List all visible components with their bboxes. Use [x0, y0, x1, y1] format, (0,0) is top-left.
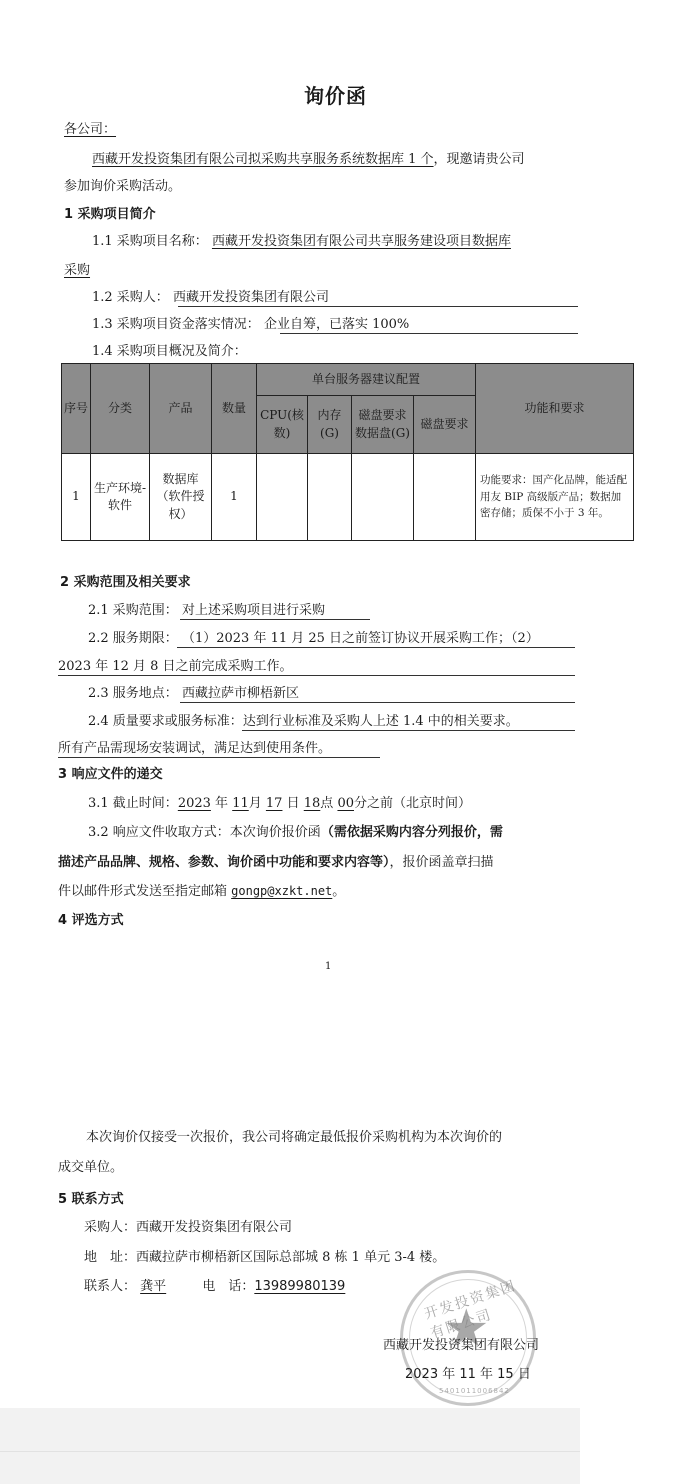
document-title: 询价函 [304, 86, 367, 106]
deadline-hour: 18 [304, 796, 321, 811]
deadline-minute: 00 [337, 796, 354, 811]
intro-rest: ，现邀请贵公司 [434, 152, 525, 167]
buyer-value: 西藏开发投资集团有限公司 [136, 1220, 292, 1235]
deadline-year-unit: 年 [215, 796, 228, 811]
seal-code: 5401011006842 [439, 1387, 510, 1395]
item-2-1-label: 2.1 采购范围： [88, 603, 178, 618]
item-2-3-value: 西藏拉萨市柳梧新区 [182, 686, 299, 701]
header-disk-requirement: 磁盘要求 [414, 396, 476, 454]
cell-category: 生产环境-软件 [91, 454, 150, 541]
section-3-heading: 3 响应文件的递交 [58, 768, 163, 781]
item-2-4: 2.4 质量要求或服务标准：达到行业标准及采购人上述 1.4 中的相关要求。 [88, 715, 519, 728]
evaluation-line-2: 成交单位。 [58, 1161, 123, 1174]
cell-function: 功能要求：国产化品牌，能适配用友 BIP 高级版产品；数据加密存储；质保不小于 … [476, 454, 634, 541]
section-4-heading: 4 评选方式 [58, 914, 124, 927]
header-function: 功能和要求 [476, 364, 634, 454]
underline-2-4 [242, 730, 575, 731]
underline-2-2 [177, 647, 575, 648]
deadline-day-unit: 日 [287, 796, 300, 811]
underline-2-4-line-2 [58, 757, 380, 758]
cell-cpu [257, 454, 308, 541]
item-1-2: 1.2 采购人： 西藏开发投资集团有限公司 [92, 291, 329, 304]
header-server-config: 单台服务器建议配置 [257, 364, 476, 396]
item-3-1: 3.1 截止时间：2023 年 11月 17 日 18点 00分之前（北京时间） [88, 797, 471, 810]
underline-1-3 [280, 333, 578, 334]
item-1-4-label: 1.4 采购项目概况及简介： [92, 345, 247, 358]
item-2-3-label: 2.3 服务地点： [88, 686, 178, 701]
cell-product: 数据库（软件授权） [150, 454, 212, 541]
header-category: 分类 [91, 364, 150, 454]
item-2-3: 2.3 服务地点： 西藏拉萨市柳梧新区 [88, 687, 299, 700]
procurement-spec-table: 序号 分类 产品 数量 单台服务器建议配置 功能和要求 CPU(核数) 内存(G… [61, 363, 634, 541]
item-3-2-line-1: 3.2 响应文件收取方式：本次询价报价函（需依据采购内容分列报价，需 [88, 826, 503, 839]
item-3-2-bold-1: （需依据采购内容分列报价，需 [321, 825, 503, 840]
cell-seq: 1 [62, 454, 91, 541]
item-3-2-suffix: 。 [332, 884, 345, 899]
cell-disk-data [352, 454, 414, 541]
scan-artifact-line [0, 1451, 580, 1452]
underline-2-3 [180, 702, 575, 703]
item-3-2-line-2: 描述产品品牌、规格、参数、询价函中功能和要求内容等），报价函盖章扫描 [58, 856, 494, 869]
deadline-day: 17 [266, 796, 283, 811]
intro-line-2: 参加询价采购活动。 [64, 180, 181, 193]
deadline-month-unit: 月 [249, 796, 262, 811]
item-3-2-rest: ，报价函盖章扫描 [390, 855, 494, 870]
buyer-label: 采购人： [84, 1220, 136, 1235]
item-1-2-value: 西藏开发投资集团有限公司 [173, 290, 329, 305]
deadline-minute-unit: 分之前（北京时间） [354, 796, 471, 811]
item-2-1: 2.1 采购范围： 对上述采购项目进行采购 [88, 604, 325, 617]
item-2-2-label: 2.2 服务期限： [88, 631, 178, 646]
item-1-1-value-line-2: 采购 [64, 264, 90, 277]
contact-line: 联系人： 龚平 电 话：13989980139 [84, 1280, 345, 1293]
page-number: 1 [325, 962, 331, 972]
item-2-1-value: 对上述采购项目进行采购 [182, 603, 325, 618]
underline-2-2-line-2 [58, 675, 575, 676]
item-2-2-value: （1）2023 年 11 月 25 日之前签订协议开展采购工作；（2） [182, 631, 539, 646]
header-memory: 内存(G) [308, 396, 352, 454]
item-2-2-line-2: 2023 年 12 月 8 日之前完成采购工作。 [58, 660, 293, 673]
address-label: 地 址： [84, 1250, 136, 1265]
item-1-1-label: 1.1 采购项目名称： [92, 234, 208, 249]
item-1-3-value: 企业自筹，已落实 100% [264, 317, 409, 332]
item-1-1: 1.1 采购项目名称： 西藏开发投资集团有限公司共享服务建设项目数据库 [92, 235, 511, 248]
item-2-2: 2.2 服务期限： （1）2023 年 11 月 25 日之前签订协议开展采购工… [88, 632, 539, 645]
deadline-year: 2023 [178, 796, 211, 811]
email-link[interactable]: gongp@xzkt.net [231, 884, 332, 898]
header-quantity: 数量 [212, 364, 257, 454]
header-seq: 序号 [62, 364, 91, 454]
deadline-month: 11 [232, 796, 249, 811]
underline-1-2 [178, 306, 578, 307]
item-1-3-label: 1.3 采购项目资金落实情况： [92, 317, 260, 332]
contact-label: 联系人： [84, 1279, 136, 1294]
cell-quantity: 1 [212, 454, 257, 541]
item-3-2-line-3-prefix: 件以邮件形式发送至指定邮箱 [58, 884, 231, 899]
salutation: 各公司： [64, 123, 116, 136]
section-1-heading: 1 采购项目简介 [64, 208, 156, 221]
underline-2-1 [180, 619, 370, 620]
scan-artifact-band [0, 1408, 580, 1484]
phone-label: 电 话： [202, 1279, 254, 1294]
item-2-4-label: 2.4 质量要求或服务标准： [88, 714, 243, 729]
item-1-2-label: 1.2 采购人： [92, 290, 169, 305]
item-3-2-bold-2: 描述产品品牌、规格、参数、询价函中功能和要求内容等） [58, 855, 390, 870]
item-2-4-line-2: 所有产品需现场安装调试，满足达到使用条件。 [58, 742, 331, 755]
phone-number[interactable]: 13989980139 [254, 1279, 345, 1294]
cell-disk-requirement [414, 454, 476, 541]
buyer-line: 采购人：西藏开发投资集团有限公司 [84, 1221, 292, 1234]
address-line: 地 址：西藏拉萨市柳梧新区国际总部城 8 栋 1 单元 3-4 楼。 [84, 1251, 445, 1264]
signature-date: 2023 年 11 年 15 日 [405, 1368, 531, 1381]
section-5-heading: 5 联系方式 [58, 1193, 124, 1206]
intro-paragraph: 西藏开发投资集团有限公司拟采购共享服务系统数据库 1 个，现邀请贵公司 [92, 153, 525, 166]
item-2-4-value: 达到行业标准及采购人上述 1.4 中的相关要求。 [243, 714, 519, 729]
item-1-1-value: 西藏开发投资集团有限公司共享服务建设项目数据库 [212, 234, 511, 249]
contact-person: 龚平 [140, 1279, 166, 1294]
table-row: 1 生产环境-软件 数据库（软件授权） 1 功能要求：国产化品牌，能适配用友 B… [62, 454, 634, 541]
header-cpu: CPU(核数) [257, 396, 308, 454]
item-3-2-line-3: 件以邮件形式发送至指定邮箱 gongp@xzkt.net。 [58, 885, 345, 898]
item-3-1-label: 3.1 截止时间： [88, 796, 178, 811]
intro-underlined: 西藏开发投资集团有限公司拟采购共享服务系统数据库 1 个 [92, 152, 434, 167]
evaluation-line-1: 本次询价仅接受一次报价，我公司将确定最低报价采购机构为本次询价的 [86, 1131, 502, 1144]
header-product: 产品 [150, 364, 212, 454]
header-disk-data: 磁盘要求数据盘(G) [352, 396, 414, 454]
section-2-heading: 2 采购范围及相关要求 [60, 576, 191, 589]
item-3-2-label: 3.2 响应文件收取方式：本次询价报价函 [88, 825, 321, 840]
address-value: 西藏拉萨市柳梧新区国际总部城 8 栋 1 单元 3-4 楼。 [136, 1250, 445, 1265]
deadline-hour-unit: 点 [320, 796, 333, 811]
cell-memory [308, 454, 352, 541]
item-1-3: 1.3 采购项目资金落实情况： 企业自筹，已落实 100% [92, 318, 409, 331]
signature-company: 西藏开发投资集团有限公司 [383, 1339, 539, 1352]
